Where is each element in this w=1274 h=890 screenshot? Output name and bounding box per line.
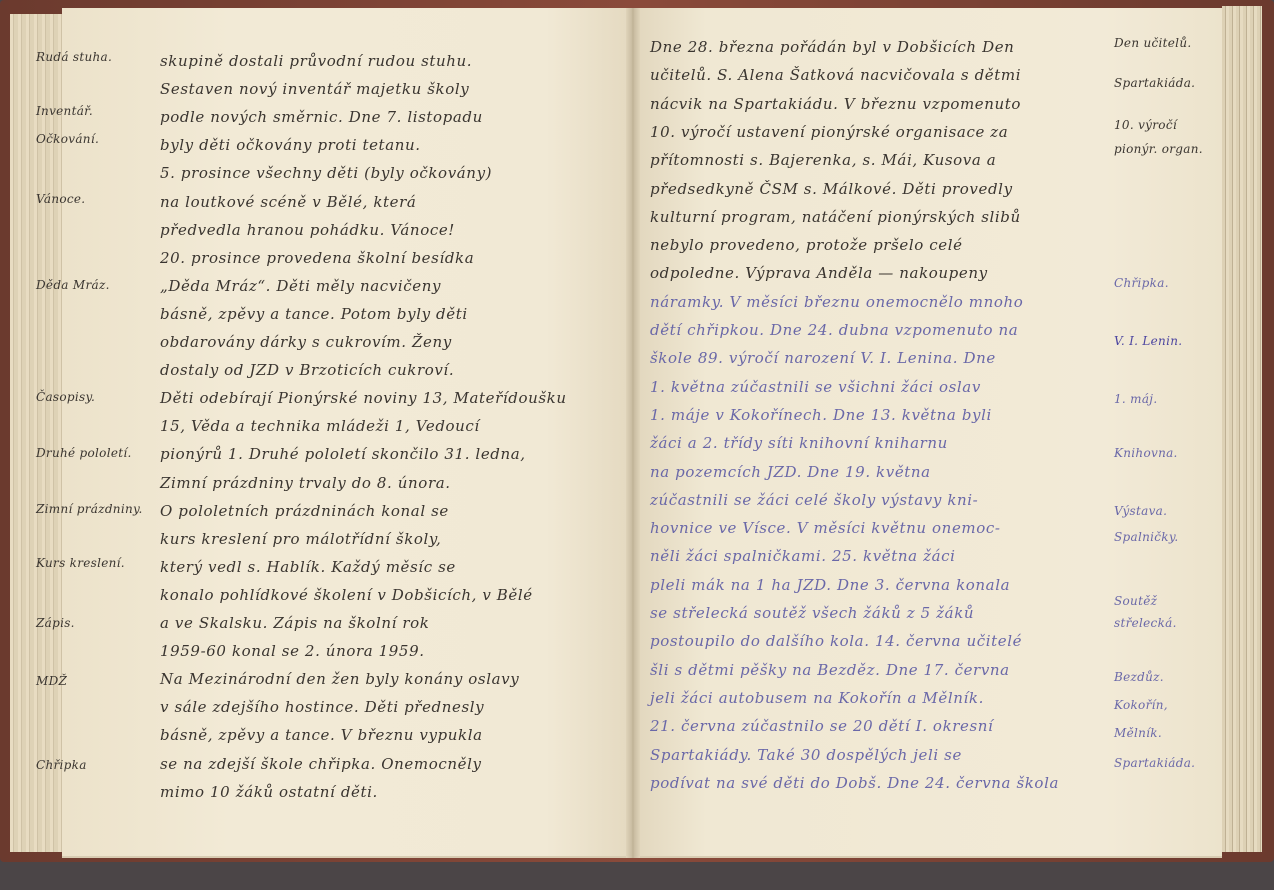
left-page: Rudá stuha.Inventář.Očkování.Vánoce.Děda…	[62, 8, 632, 858]
handwritten-line: podle nových směrnic. Dne 7. listopadu	[160, 108, 483, 126]
margin-note: Bezdůz.	[1114, 670, 1164, 684]
margin-note: V. I. Lenin.	[1114, 334, 1182, 348]
margin-note: Spalničky.	[1114, 530, 1178, 544]
margin-note: Vánoce.	[36, 192, 85, 206]
handwritten-line: něli žáci spalničkami. 25. května žáci	[650, 547, 956, 565]
handwritten-line: pleli mák na 1 ha JZD. Dne 3. června kon…	[650, 576, 1010, 594]
margin-note: Rudá stuha.	[36, 50, 112, 64]
handwritten-line: 20. prosince provedena školní besídka	[160, 249, 474, 267]
handwritten-line: se střelecká soutěž všech žáků z 5 žáků	[650, 604, 974, 622]
right-page-edges	[1222, 6, 1262, 852]
handwritten-line: „Děda Mráz“. Děti měly nacvičeny	[160, 277, 441, 295]
handwritten-line: skupině dostali průvodní rudou stuhu.	[160, 52, 472, 70]
handwritten-line: jeli žáci autobusem na Kokořín a Mělník.	[650, 689, 984, 707]
right-page: Dne 28. března pořádán byl v Dobšicích D…	[636, 8, 1222, 858]
handwritten-line: v sále zdejšího hostince. Děti přednesly	[160, 698, 484, 716]
handwritten-line: nebylo provedeno, protože pršelo celé	[650, 236, 963, 254]
handwritten-line: kulturní program, natáčení pionýrských s…	[650, 208, 1021, 226]
margin-note: Knihovna.	[1114, 446, 1178, 460]
margin-note: Kurs kreslení.	[36, 556, 125, 570]
handwritten-line: předvedla hranou pohádku. Vánoce!	[160, 221, 455, 239]
handwritten-line: 21. června zúčastnilo se 20 dětí I. okre…	[650, 717, 993, 735]
handwritten-line: 10. výročí ustavení pionýrské organisace…	[650, 123, 1008, 141]
handwritten-line: 1. máje v Kokořínech. Dne 13. května byl…	[650, 406, 992, 424]
margin-note: Děda Mráz.	[36, 278, 110, 292]
handwritten-line: předsedkyně ČSM s. Málkové. Děti provedl…	[650, 180, 1013, 198]
handwritten-line: na loutkové scéně v Bělé, která	[160, 193, 416, 211]
margin-note: Spartakiáda.	[1114, 756, 1195, 770]
handwritten-line: Zimní prázdniny trvaly do 8. února.	[160, 474, 451, 492]
handwritten-line: Sestaven nový inventář majetku školy	[160, 80, 469, 98]
margin-note: Očkování.	[36, 132, 99, 146]
book-gutter	[626, 8, 640, 858]
handwritten-line: odpoledne. Výprava Anděla — nakoupeny	[650, 264, 988, 282]
handwritten-line: se na zdejší škole chřipka. Onemocněly	[160, 755, 482, 773]
margin-note: Mělník.	[1114, 726, 1162, 740]
margin-note: Kokořín,	[1114, 698, 1168, 712]
handwritten-line: na pozemcích JZD. Dne 19. května	[650, 463, 931, 481]
margin-note: střelecká.	[1114, 616, 1177, 630]
handwritten-line: který vedl s. Hablík. Každý měsíc se	[160, 558, 456, 576]
handwritten-line: nácvik na Spartakiádu. V březnu vzpomenu…	[650, 95, 1021, 113]
margin-note: Zimní prázdniny.	[36, 502, 143, 516]
handwritten-line: konalo pohlídkové školení v Dobšicích, v…	[160, 586, 533, 604]
handwritten-line: pionýrů 1. Druhé pololetí skončilo 31. l…	[160, 445, 526, 463]
handwritten-line: náramky. V měsíci březnu onemocnělo mnoh…	[650, 293, 1023, 311]
margin-note: Chřipka	[36, 758, 87, 772]
handwritten-line: zúčastnili se žáci celé školy výstavy kn…	[650, 491, 978, 509]
margin-note: Soutěž	[1114, 594, 1157, 608]
table-surface	[0, 862, 1274, 890]
handwritten-line: dostaly od JZD v Brzoticích cukroví.	[160, 361, 454, 379]
handwritten-line: mimo 10 žáků ostatní děti.	[160, 783, 378, 801]
handwritten-line: 1959-60 konal se 2. února 1959.	[160, 642, 425, 660]
handwritten-line: dětí chřipkou. Dne 24. dubna vzpomenuto …	[650, 321, 1018, 339]
margin-note: Časopisy.	[36, 390, 95, 404]
handwritten-line: byly děti očkovány proti tetanu.	[160, 136, 421, 154]
handwritten-line: postoupilo do dalšího kola. 14. června u…	[650, 632, 1022, 650]
handwritten-line: O pololetních prázdninách konal se	[160, 502, 449, 520]
margin-note: Druhé pololetí.	[36, 446, 132, 460]
handwritten-line: škole 89. výročí narození V. I. Lenina. …	[650, 349, 996, 367]
handwritten-line: 5. prosince všechny děti (byly očkovány)	[160, 164, 492, 182]
handwritten-line: Na Mezinárodní den žen byly konány oslav…	[160, 670, 519, 688]
margin-note: MDŽ	[36, 674, 67, 688]
handwritten-line: Spartakiády. Také 30 dospělých jeli se	[650, 746, 962, 764]
handwritten-line: Dne 28. března pořádán byl v Dobšicích D…	[650, 38, 1014, 56]
handwritten-line: učitelů. S. Alena Šatková nacvičovala s …	[650, 66, 1021, 84]
handwritten-line: šli s dětmi pěšky na Bezděz. Dne 17. čer…	[650, 661, 1010, 679]
margin-note: Výstava.	[1114, 504, 1167, 518]
handwritten-line: obdarovány dárky s cukrovím. Ženy	[160, 333, 452, 351]
handwritten-line: básně, zpěvy a tance. Potom byly děti	[160, 305, 468, 323]
handwritten-line: hovnice ve Vísce. V měsíci květnu onemoc…	[650, 519, 1001, 537]
handwritten-line: Děti odebírají Pionýrské noviny 13, Mate…	[160, 389, 567, 407]
margin-note: 1. máj.	[1114, 392, 1157, 406]
margin-note: Chřipka.	[1114, 276, 1169, 290]
handwritten-line: 1. května zúčastnili se všichni žáci osl…	[650, 378, 981, 396]
margin-note: Zápis.	[36, 616, 75, 630]
margin-note: pionýr. organ.	[1114, 142, 1203, 156]
handwritten-line: žáci a 2. třídy síti knihovní kniharnu	[650, 434, 948, 452]
margin-note: Spartakiáda.	[1114, 76, 1195, 90]
margin-note: Den učitelů.	[1114, 36, 1191, 50]
handwritten-line: 15, Věda a technika mládeži 1, Vedoucí	[160, 417, 480, 435]
handwritten-line: básně, zpěvy a tance. V březnu vypukla	[160, 726, 483, 744]
handwritten-line: podívat na své děti do Dobš. Dne 24. čer…	[650, 774, 1059, 792]
margin-note: 10. výročí	[1114, 118, 1177, 132]
handwritten-line: kurs kreslení pro málotřídní školy,	[160, 530, 441, 548]
margin-note: Inventář.	[36, 104, 93, 118]
handwritten-line: přítomnosti s. Bajerenka, s. Mái, Kusova…	[650, 151, 996, 169]
handwritten-line: a ve Skalsku. Zápis na školní rok	[160, 614, 429, 632]
